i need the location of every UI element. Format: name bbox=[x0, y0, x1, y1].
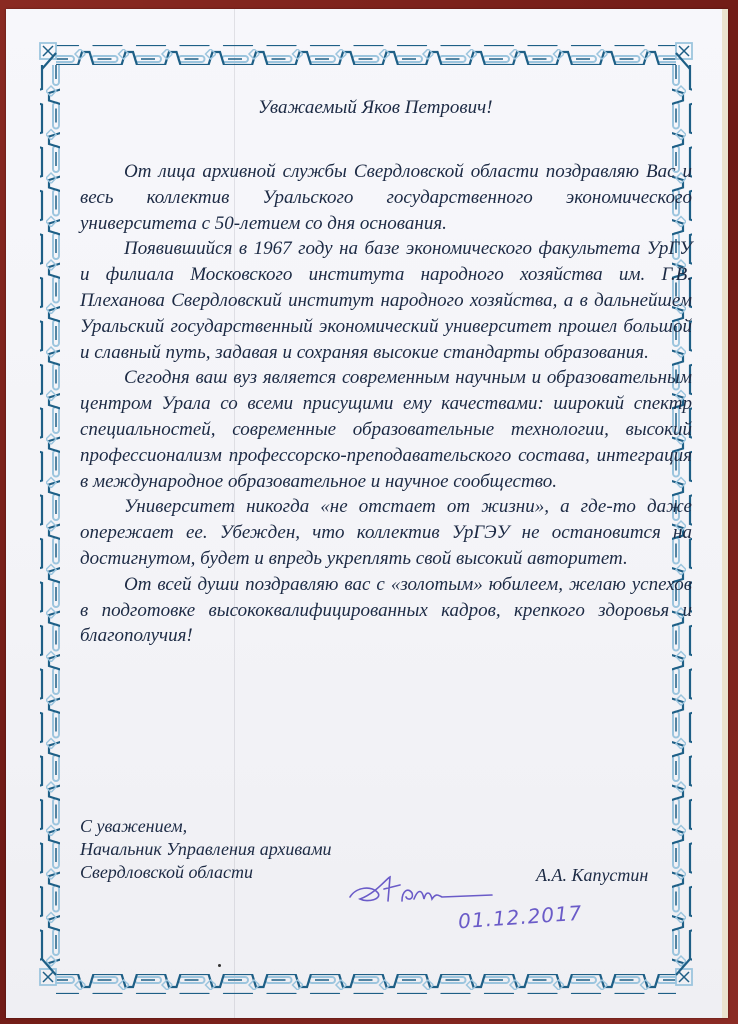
signer-position-line1: Начальник Управления архивами bbox=[80, 838, 692, 861]
salutation: Уважаемый Яков Петрович! bbox=[258, 97, 558, 119]
handwritten-signature-icon bbox=[346, 871, 496, 911]
signer-name: А.А. Капустин bbox=[536, 865, 648, 886]
ink-speck bbox=[218, 964, 221, 967]
paragraph-3: Сегодня ваш вуз является современным нау… bbox=[80, 365, 692, 494]
paragraph-4: Университет никогда «не отстает от жизни… bbox=[80, 494, 692, 571]
letter-page: Уважаемый Яков Петрович! От лица архивно… bbox=[6, 9, 728, 1018]
paragraph-1: От лица архивной службы Свердловской обл… bbox=[80, 159, 692, 236]
letter-body: От лица архивной службы Свердловской обл… bbox=[80, 159, 692, 649]
closing-regards: С уважением, bbox=[80, 815, 692, 838]
paragraph-5: От всей души поздравляю вас с «золотым» … bbox=[80, 572, 692, 649]
paragraph-2: Появившийся в 1967 году на базе экономич… bbox=[80, 236, 692, 365]
